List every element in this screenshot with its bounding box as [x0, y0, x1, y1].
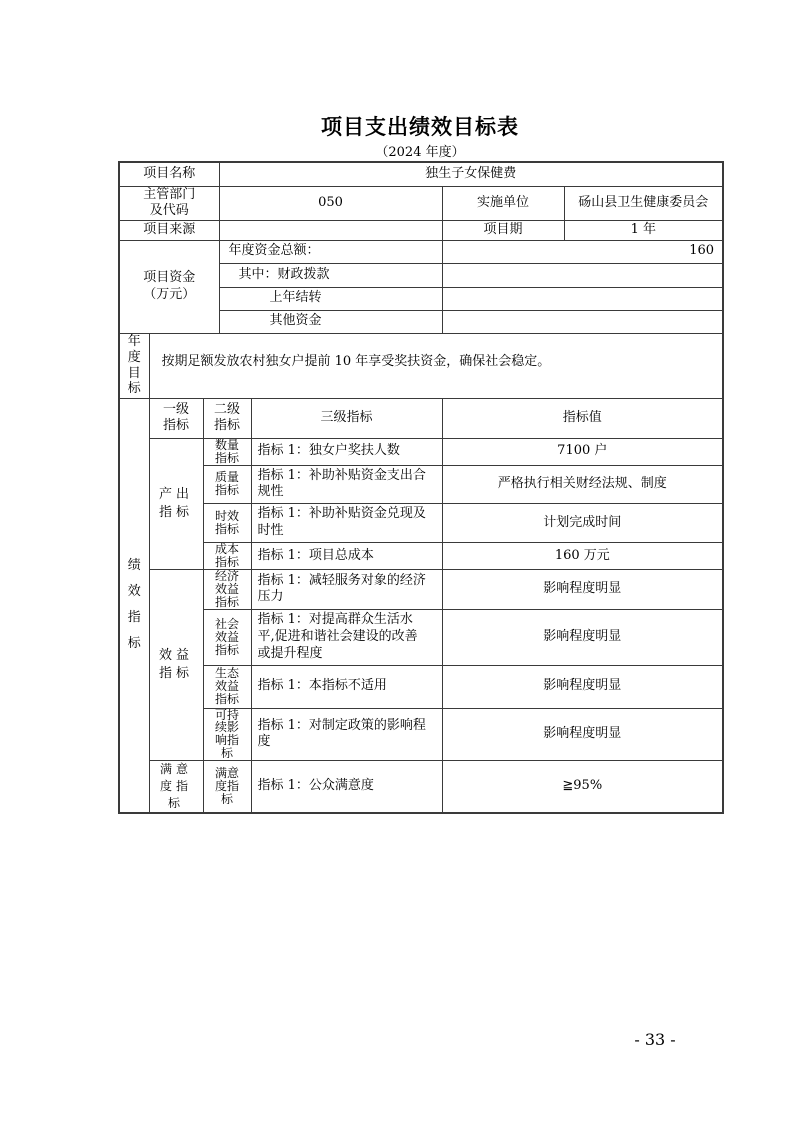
annual-goal-text: 按期足额发放农村独女户提前 10 年享受奖扶资金，确保社会稳定。 — [149, 333, 723, 398]
indicator-level2: 时效 指标 — [203, 504, 251, 543]
header-level1: 一级 指标 — [149, 398, 203, 438]
table-row: 生态 效益 指标 指标 1：本指标不适用 影响程度明显 — [119, 665, 723, 708]
impl-unit-label: 实施单位 — [442, 186, 564, 220]
table-row: 可持 续影 响指 标 指标 1：对制定政策的影响程 度 影响程度明显 — [119, 708, 723, 761]
funding-fiscal-value — [442, 263, 723, 287]
indicator-value: 严格执行相关财经法规、制度 — [442, 465, 723, 504]
performance-target-table: 项目名称 独生子女保健费 主管部门 及代码 050 实施单位 砀山县卫生健康委员… — [118, 161, 724, 814]
table-row: 年 度 目 标 按期足额发放农村独女户提前 10 年享受奖扶资金，确保社会稳定。 — [119, 333, 723, 398]
funding-other-label: 其他资金 — [219, 310, 442, 333]
table-row: 质量 指标 指标 1：补助补贴资金支出合 规性 严格执行相关财经法规、制度 — [119, 465, 723, 504]
dept-code-value: 050 — [219, 186, 442, 220]
group-label-satisfaction: 满意 度指 标 — [149, 761, 203, 813]
project-name-label: 项目名称 — [119, 162, 219, 186]
indicator-level3: 指标 1：独女户奖扶人数 — [251, 438, 442, 465]
indicator-level3: 指标 1：补助补贴资金支出合 规性 — [251, 465, 442, 504]
project-source-label: 项目来源 — [119, 220, 219, 240]
indicator-level3: 指标 1：对提高群众生活水 平,促进和谐社会建设的改善 或提升程度 — [251, 609, 442, 665]
funding-group-label: 项目资金 （万元） — [119, 240, 219, 333]
indicator-level3: 指标 1：对制定政策的影响程 度 — [251, 708, 442, 761]
indicator-level2: 生态 效益 指标 — [203, 665, 251, 708]
indicator-level2: 社会 效益 指标 — [203, 609, 251, 665]
project-source-value — [219, 220, 442, 240]
indicator-value: 影响程度明显 — [442, 708, 723, 761]
header-value: 指标值 — [442, 398, 723, 438]
indicator-level2: 可持 续影 响指 标 — [203, 708, 251, 761]
header-level2: 二级 指标 — [203, 398, 251, 438]
header-level3: 三级指标 — [251, 398, 442, 438]
table-row: 成本 指标 指标 1：项目总成本 160 万元 — [119, 543, 723, 570]
table-row: 项目来源 项目期 1 年 — [119, 220, 723, 240]
dept-code-label: 主管部门 及代码 — [119, 186, 219, 220]
perf-indicator-side-label: 绩 效 指 标 — [119, 398, 149, 813]
indicator-value: 160 万元 — [442, 543, 723, 570]
table-row: 项目名称 独生子女保健费 — [119, 162, 723, 186]
project-period-label: 项目期 — [442, 220, 564, 240]
funding-other-value — [442, 310, 723, 333]
indicator-value: 影响程度明显 — [442, 569, 723, 609]
table-row: 产出 指标 数量 指标 指标 1：独女户奖扶人数 7100 户 — [119, 438, 723, 465]
indicator-level2: 质量 指标 — [203, 465, 251, 504]
funding-carryover-value — [442, 287, 723, 310]
page-title: 项目支出绩效目标表 — [118, 111, 722, 141]
group-label-output: 产出 指标 — [149, 438, 203, 569]
table-row: 时效 指标 指标 1：补助补贴资金兑现及 时性 计划完成时间 — [119, 504, 723, 543]
indicator-level2: 成本 指标 — [203, 543, 251, 570]
project-name-value: 独生子女保健费 — [219, 162, 723, 186]
indicator-level3: 指标 1：减轻服务对象的经济 压力 — [251, 569, 442, 609]
indicator-value: 影响程度明显 — [442, 665, 723, 708]
table-row: 效益 指标 经济 效益 指标 指标 1：减轻服务对象的经济 压力 影响程度明显 — [119, 569, 723, 609]
annual-goal-label: 年 度 目 标 — [119, 333, 149, 398]
table-row: 满意 度指 标 满意 度指 标 指标 1：公众满意度 ≧95% — [119, 761, 723, 813]
group-label-benefit: 效益 指标 — [149, 569, 203, 760]
funding-fiscal-label: 其中：财政拨款 — [219, 263, 442, 287]
table-row: 项目资金 （万元） 年度资金总额： 160 — [119, 240, 723, 263]
funding-total-value: 160 — [442, 240, 723, 263]
indicator-level3: 指标 1：项目总成本 — [251, 543, 442, 570]
indicator-level3: 指标 1：公众满意度 — [251, 761, 442, 813]
table-row: 社会 效益 指标 指标 1：对提高群众生活水 平,促进和谐社会建设的改善 或提升… — [119, 609, 723, 665]
indicator-value: 7100 户 — [442, 438, 723, 465]
page-subtitle: （2024 年度） — [118, 141, 722, 160]
indicator-level2: 数量 指标 — [203, 438, 251, 465]
table-row: 绩 效 指 标 一级 指标 二级 指标 三级指标 指标值 — [119, 398, 723, 438]
indicator-level3: 指标 1：补助补贴资金兑现及 时性 — [251, 504, 442, 543]
table-row: 主管部门 及代码 050 实施单位 砀山县卫生健康委员会 — [119, 186, 723, 220]
project-period-value: 1 年 — [564, 220, 723, 240]
indicator-value: ≧95% — [442, 761, 723, 813]
document-page: 项目支出绩效目标表 （2024 年度） 项目名称 独生子女保健费 主管部门 及代… — [0, 0, 793, 1122]
indicator-level3: 指标 1：本指标不适用 — [251, 665, 442, 708]
funding-total-label: 年度资金总额： — [219, 240, 442, 263]
impl-unit-value: 砀山县卫生健康委员会 — [564, 186, 723, 220]
indicator-level2: 满意 度指 标 — [203, 761, 251, 813]
indicator-value: 影响程度明显 — [442, 609, 723, 665]
funding-carryover-label: 上年结转 — [219, 287, 442, 310]
indicator-value: 计划完成时间 — [442, 504, 723, 543]
indicator-level2: 经济 效益 指标 — [203, 569, 251, 609]
page-number: - 33 - — [600, 1030, 710, 1049]
